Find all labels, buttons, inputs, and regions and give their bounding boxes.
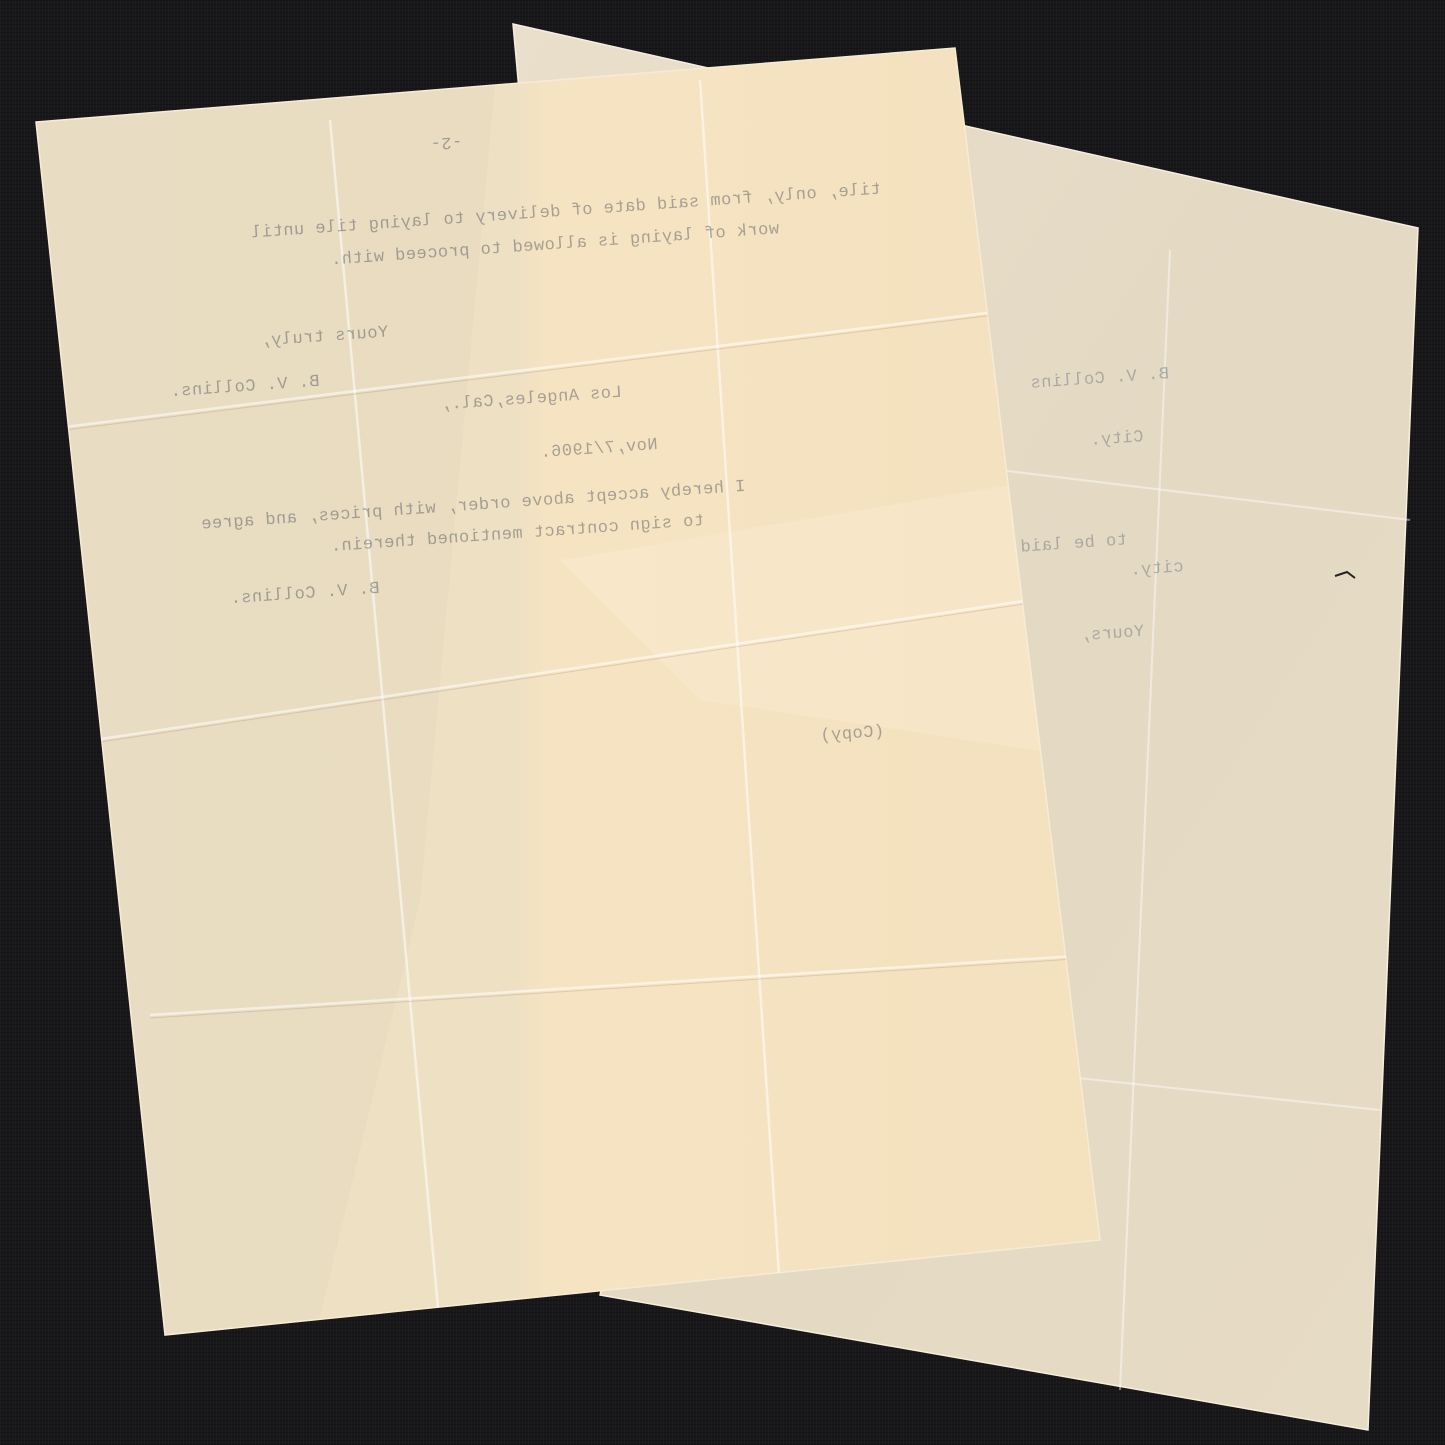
paper-sheets (0, 0, 1445, 1445)
back-fragment: City. (1089, 428, 1144, 451)
back-fragment: city. (1129, 558, 1184, 581)
page-number-marker: -2- (429, 131, 462, 152)
